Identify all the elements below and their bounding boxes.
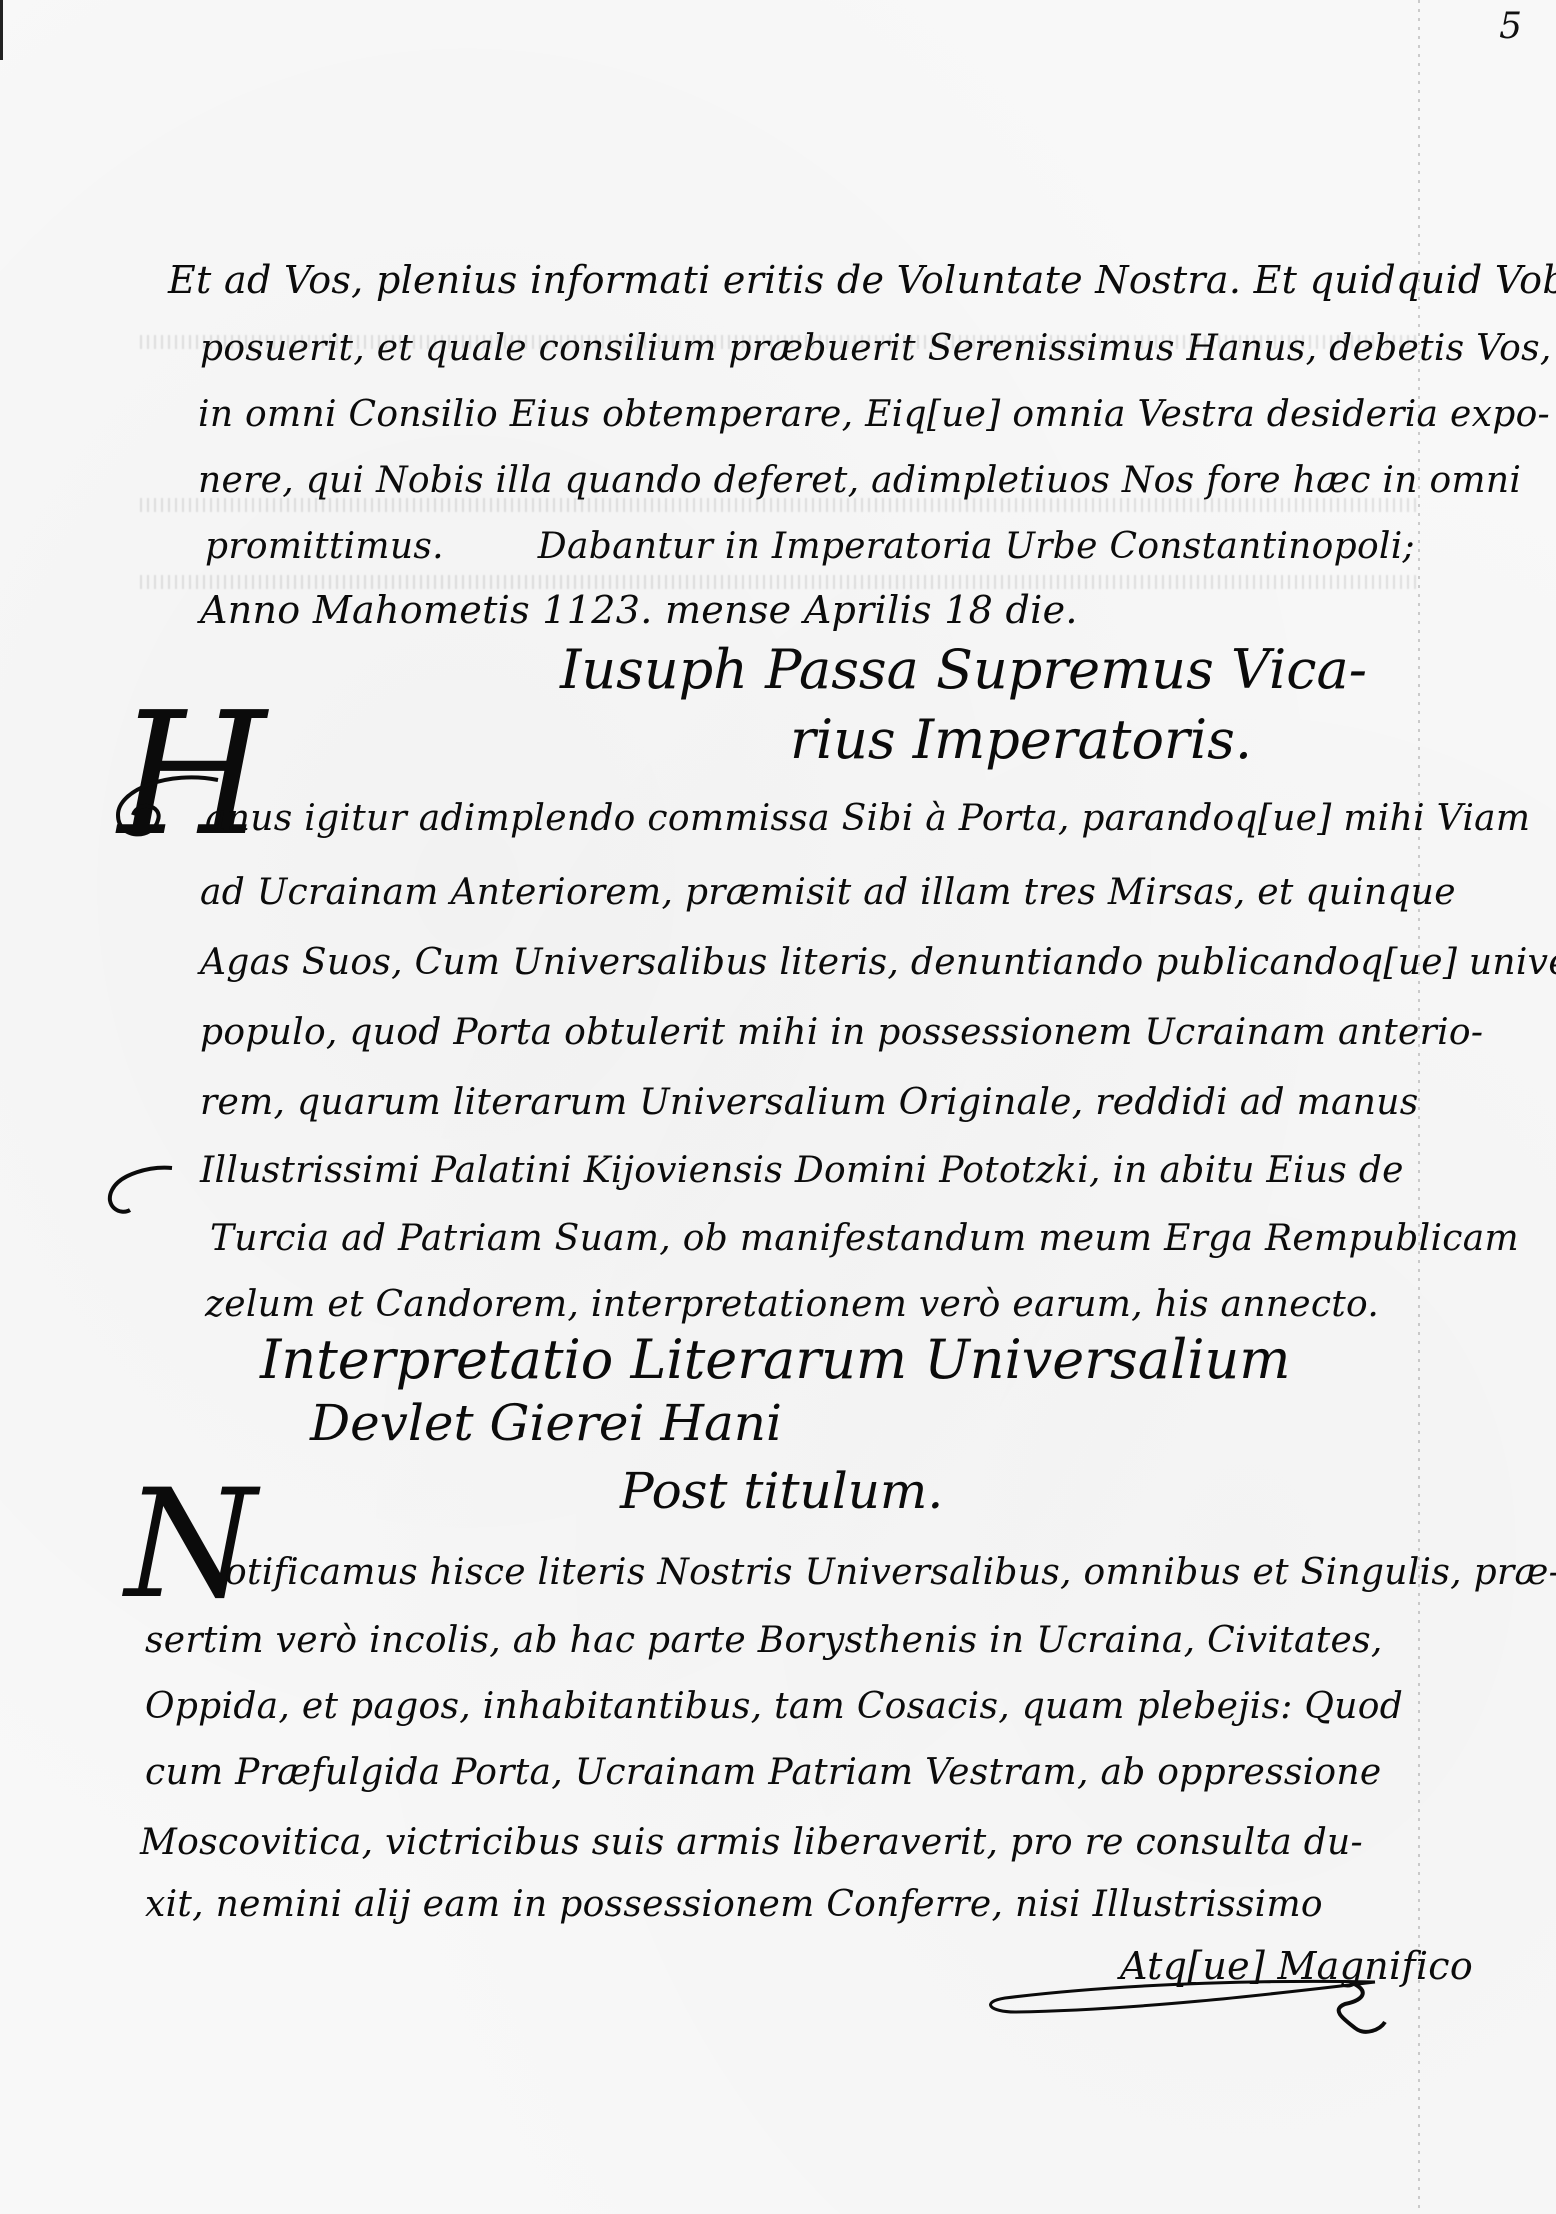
- text-line: Turcia ad Patriam Suam, ob manifestandum…: [210, 1218, 1519, 1259]
- text-line: Agas Suos, Cum Universalibus literis, de…: [200, 942, 1556, 983]
- text-line: sertim verò incolis, ab hac parte Boryst…: [145, 1620, 1383, 1661]
- scan-edge-mark: [0, 0, 3, 60]
- signature-line: Iusuph Passa Supremus Vica-: [560, 638, 1367, 701]
- text-line: posuerit, et quale consilium præbuerit S…: [200, 328, 1552, 369]
- text-line: Anno Mahometis 1123. mense Aprilis 18 di…: [200, 588, 1078, 632]
- text-line: nere, qui Nobis illa quando deferet, adi…: [198, 460, 1521, 501]
- ink-bleed-band: [140, 575, 1420, 589]
- text-line: Et ad Vos, plenius informati eritis de V…: [168, 258, 1556, 302]
- text-line: anus igitur adimplendo commissa Sibi à P…: [205, 798, 1530, 839]
- page-number: 5: [1499, 6, 1522, 47]
- text-line: xit, nemini alij eam in possessionem Con…: [145, 1884, 1323, 1925]
- closing-flourish-icon: [985, 1970, 1395, 2060]
- text-line: ad Ucrainam Anteriorem, præmisit ad illa…: [200, 872, 1456, 913]
- drop-cap-initial: N: [125, 1470, 256, 1620]
- section-heading-line: Post titulum.: [620, 1462, 943, 1520]
- text-line: promittimus. Dabantur in Imperatoria Urb…: [205, 526, 1415, 567]
- text-line: cum Præfulgida Porta, Ucrainam Patriam V…: [145, 1752, 1382, 1793]
- manuscript-page: 5 Et ad Vos, plenius informati eritis de…: [0, 0, 1556, 2214]
- text-line: otificamus hisce literis Nostris Univers…: [225, 1552, 1556, 1593]
- text-line: rem, quarum literarum Universalium Origi…: [200, 1082, 1419, 1123]
- text-line: Illustrissimi Palatini Kijoviensis Domin…: [200, 1150, 1404, 1191]
- section-heading-line: Devlet Gierei Hani: [310, 1394, 782, 1452]
- signature-line: rius Imperatoris.: [790, 708, 1252, 771]
- text-line: Oppida, et pagos, inhabitantibus, tam Co…: [145, 1686, 1403, 1727]
- margin-flourish-icon: [100, 1160, 180, 1220]
- text-line: zelum et Candorem, interpretationem verò…: [205, 1284, 1379, 1325]
- text-line: in omni Consilio Eius obtemperare, Eiq[u…: [198, 394, 1550, 435]
- text-line: Moscovitica, victricibus suis armis libe…: [140, 1822, 1363, 1863]
- text-line: populo, quod Porta obtulerit mihi in pos…: [200, 1012, 1483, 1053]
- section-heading-line: Interpretatio Literarum Universalium: [260, 1328, 1290, 1391]
